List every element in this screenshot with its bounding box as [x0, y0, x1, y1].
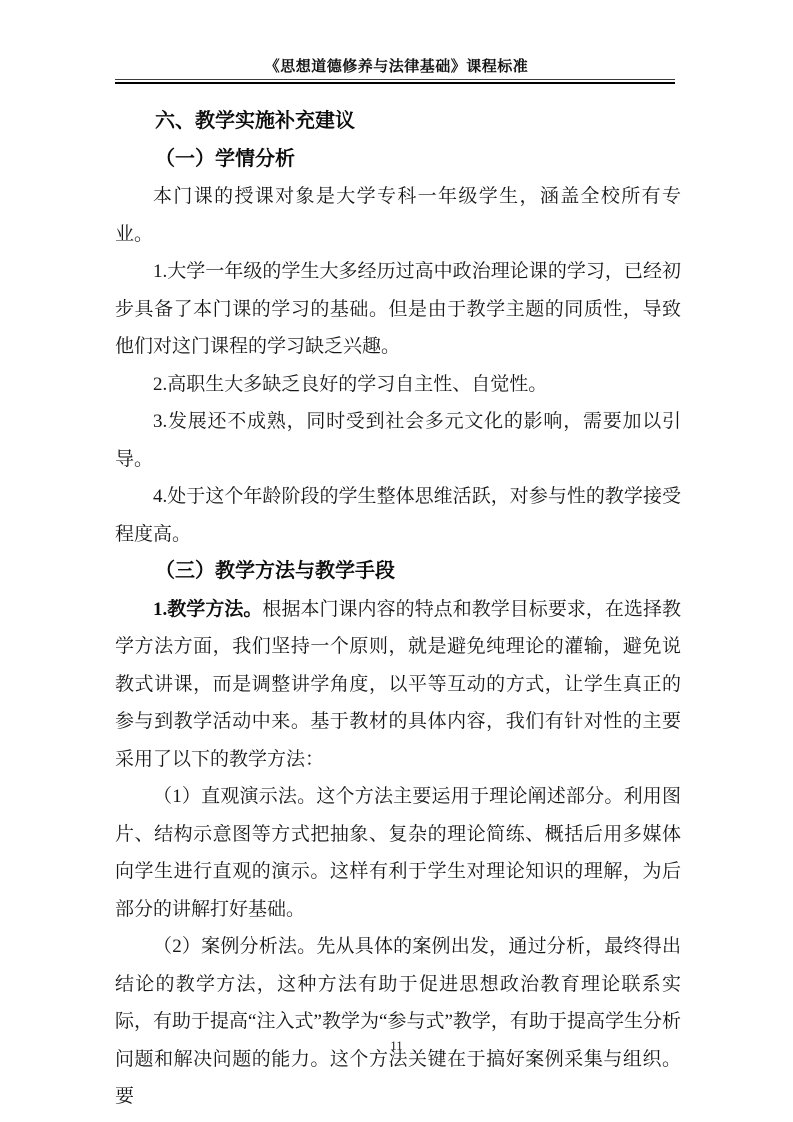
paragraph-point-4: 4.处于这个年龄阶段的学生整体思维活跃，对参与性的教学接受程度高。 [115, 478, 681, 553]
paragraph-method-case-analysis: （2）案例分析法。先从具体的案例出发，通过分析，最终得出结论的教学方法，这种方法… [115, 928, 681, 1116]
paragraph-method-demonstration: （1）直观演示法。这个方法主要运用于理论阐述部分。利用图片、结构示意图等方式把抽… [115, 778, 681, 928]
document-body: 六、教学实施补充建议 （一）学情分析 本门课的授课对象是大学专科一年级学生，涵盖… [115, 103, 681, 1116]
teaching-method-lead-label: 1.教学方法。 [153, 599, 262, 620]
paragraph-audience: 本门课的授课对象是大学专科一年级学生，涵盖全校所有专业。 [115, 178, 681, 253]
paragraph-teaching-method-intro: 1.教学方法。根据本门课内容的特点和教学目标要求，在选择教学方法方面，我们坚持一… [115, 591, 681, 779]
teaching-method-lead-body: 根据本门课内容的特点和教学目标要求，在选择教学方法方面，我们坚持一个原则，就是避… [115, 599, 681, 770]
paragraph-point-2: 2.高职生大多缺乏良好的学习自主性、自觉性。 [115, 366, 681, 404]
subsection-heading-learner-analysis: （一）学情分析 [115, 141, 681, 179]
paragraph-point-1: 1.大学一年级的学生大多经历过高中政治理论课的学习，已经初步具备了本门课的学习的… [115, 253, 681, 366]
subsection-heading-teaching-methods: （三）教学方法与教学手段 [115, 553, 681, 591]
header-double-rule [115, 79, 675, 84]
section-heading: 六、教学实施补充建议 [115, 103, 681, 141]
page-header-title: 《思想道德修养与法律基础》课程标准 [0, 55, 793, 76]
paragraph-point-3: 3.发展还不成熟，同时受到社会多元文化的影响，需要加以引导。 [115, 403, 681, 478]
document-page: 《思想道德修养与法律基础》课程标准 六、教学实施补充建议 （一）学情分析 本门课… [0, 0, 793, 1122]
page-number: 11 [0, 1038, 793, 1054]
